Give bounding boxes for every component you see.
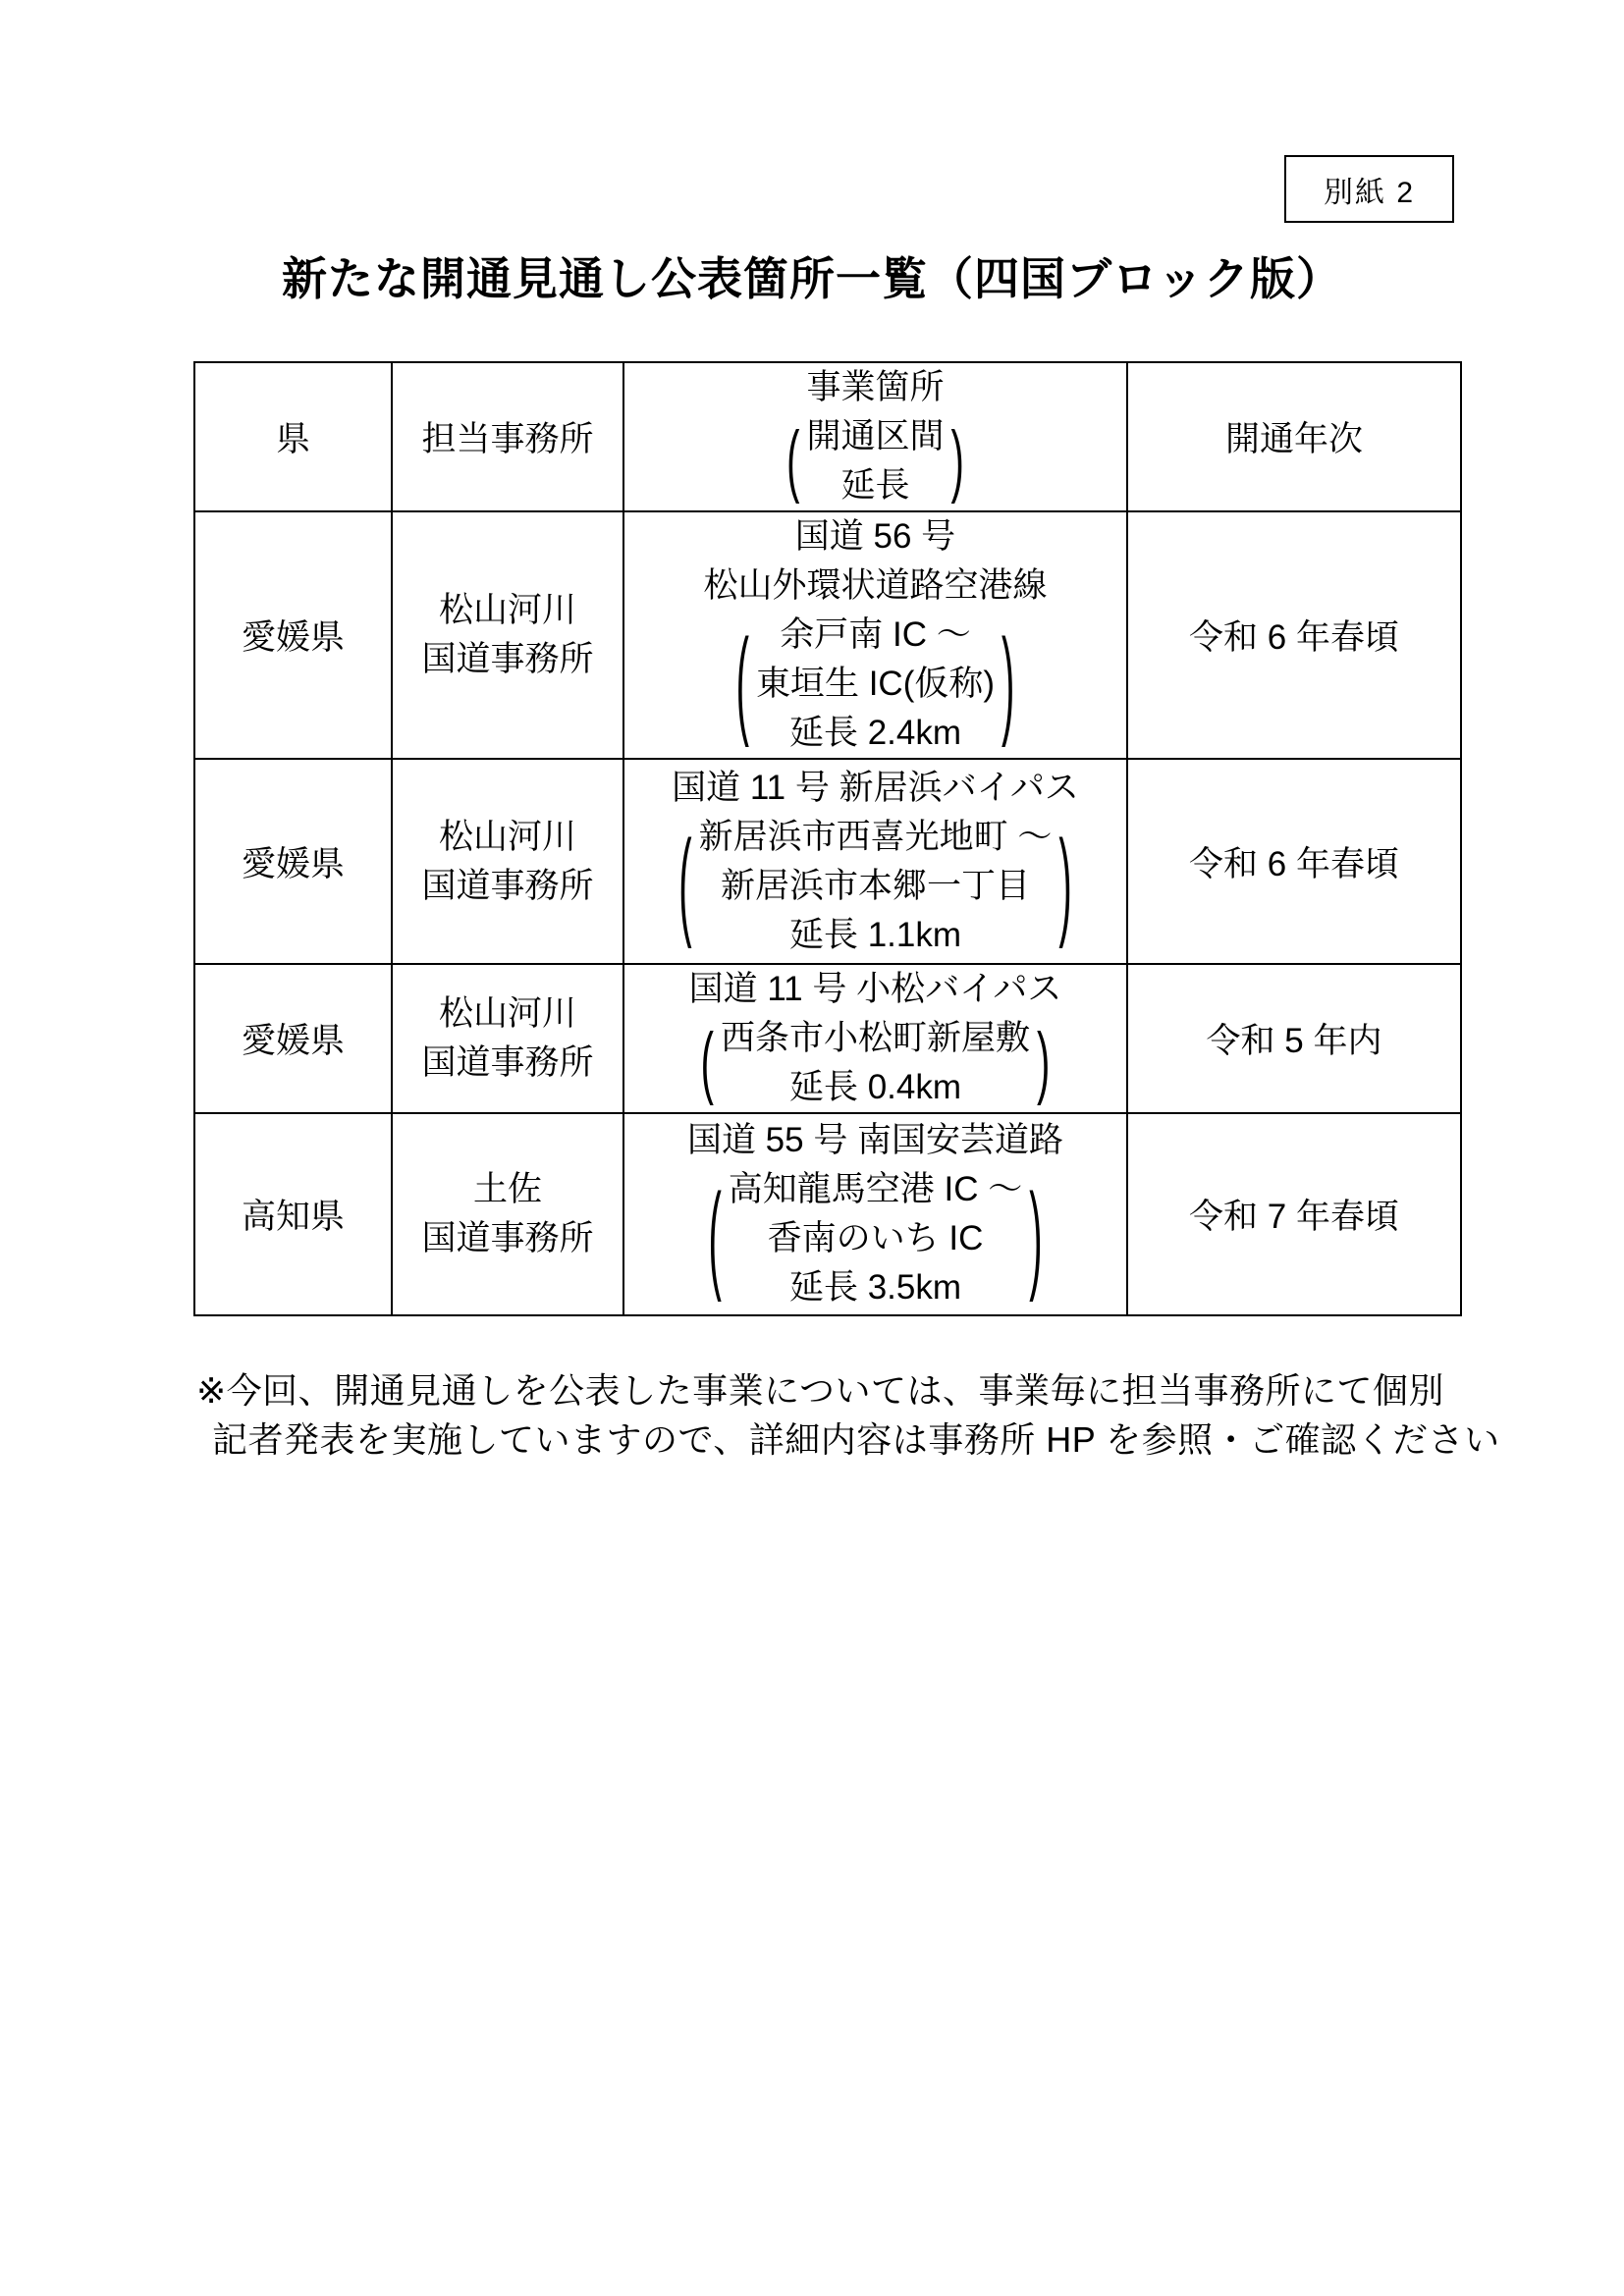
footnote: ※今回、開通見通しを公表した事業については、事業毎に担当事務所にて個別 記者発表… [196,1366,1473,1465]
project-detail-line: 延長 2.4km [756,709,995,758]
project-detail-line: 新居浜市本郷一丁目 [699,862,1053,911]
pref-cell: 愛媛県 [194,964,392,1113]
footnote-line-1: ※今回、開通見通しを公表した事業については、事業毎に担当事務所にて個別 [196,1366,1473,1415]
paren-open-glyph: ( [672,819,698,953]
project-detail-line: 東垣生 IC(仮称) [756,660,995,709]
project-title-line: 国道 55 号 南国安芸道路 [624,1116,1126,1165]
year-cell: 令和 5 年内 [1127,964,1461,1113]
office-line: 松山河川 [393,813,623,862]
project-detail-line: 延長 3.5km [729,1263,1022,1312]
header-cell-year: 開通年次 [1127,362,1461,511]
attachment-tag-label: 別紙 2 [1324,168,1415,211]
project-detail-line: 延長 0.4km [721,1063,1030,1112]
pref-cell: 愛媛県 [194,511,392,759]
project-detail-group: ( 新居浜市西喜光地町 ～ 新居浜市本郷一丁目 延長 1.1km ) [624,813,1126,960]
office-line: 国道事務所 [393,862,623,911]
project-detail-group: ( 高知龍馬空港 IC ～ 香南のいち IC 延長 3.5km ) [624,1165,1126,1312]
paren-open-glyph: ( [730,616,756,751]
header-project-paren-group: ( 開通区間 延長 ) [624,412,1126,510]
project-detail-group: ( 余戸南 IC ～ 東垣生 IC(仮称) 延長 2.4km ) [624,611,1126,758]
header-project-paren-line: 延長 [806,461,944,510]
page-title: 新たな開通見通し公表箇所一覧（四国ブロック版） [0,243,1624,308]
paren-close-glyph: ) [945,416,971,507]
year-cell: 令和 6 年春頃 [1127,511,1461,759]
header-project-line: 事業箇所 [624,363,1126,412]
project-cell: 国道 56 号 松山外環状道路空港線 ( 余戸南 IC ～ 東垣生 IC(仮称)… [623,511,1127,759]
office-line: 国道事務所 [393,1039,623,1088]
header-cell-project: 事業箇所 ( 開通区間 延長 ) [623,362,1127,511]
office-cell: 松山河川 国道事務所 [392,511,623,759]
header-cell-office: 担当事務所 [392,362,623,511]
pref-cell: 愛媛県 [194,759,392,964]
table-row: 愛媛県 松山河川 国道事務所 国道 11 号 小松バイパス ( 西条市小松町新屋… [194,964,1461,1113]
project-detail-line: 高知龍馬空港 IC ～ [729,1165,1022,1214]
pref-cell: 高知県 [194,1113,392,1315]
office-line: 国道事務所 [393,1214,623,1263]
project-title-line: 国道 11 号 小松バイパス [624,965,1126,1014]
project-detail-group: ( 西条市小松町新屋敷 延長 0.4km ) [624,1014,1126,1112]
office-line: 国道事務所 [393,635,623,684]
table-row: 愛媛県 松山河川 国道事務所 国道 56 号 松山外環状道路空港線 ( 余戸南 … [194,511,1461,759]
footnote-line-2: 記者発表を実施していますので、詳細内容は事務所 HP を参照・ご確認ください [196,1415,1473,1465]
table-header-row: 県 担当事務所 事業箇所 ( 開通区間 延長 ) 開通年次 [194,362,1461,511]
year-cell: 令和 7 年春頃 [1127,1113,1461,1315]
attachment-tag-box: 別紙 2 [1284,155,1454,223]
project-cell: 国道 55 号 南国安芸道路 ( 高知龍馬空港 IC ～ 香南のいち IC 延長… [623,1113,1127,1315]
office-cell: 松山河川 国道事務所 [392,964,623,1113]
office-line: 土佐 [393,1165,623,1214]
paren-open-glyph: ( [701,1171,728,1306]
table-row: 愛媛県 松山河川 国道事務所 国道 11 号 新居浜バイパス ( 新居浜市西喜光… [194,759,1461,964]
office-line: 松山河川 [393,586,623,635]
opening-forecast-table: 県 担当事務所 事業箇所 ( 開通区間 延長 ) 開通年次 愛媛県 松山河川 [193,361,1462,1316]
header-project-paren-line: 開通区間 [806,412,944,461]
project-title-line: 国道 56 号 [624,512,1126,561]
paren-close-glyph: ) [995,616,1021,751]
project-cell: 国道 11 号 新居浜バイパス ( 新居浜市西喜光地町 ～ 新居浜市本郷一丁目 … [623,759,1127,964]
table-row: 高知県 土佐 国道事務所 国道 55 号 南国安芸道路 ( 高知龍馬空港 IC … [194,1113,1461,1315]
year-cell: 令和 6 年春頃 [1127,759,1461,964]
office-cell: 松山河川 国道事務所 [392,759,623,964]
project-cell: 国道 11 号 小松バイパス ( 西条市小松町新屋敷 延長 0.4km ) [623,964,1127,1113]
paren-close-glyph: ) [1030,1018,1056,1108]
project-detail-line: 余戸南 IC ～ [756,611,995,660]
paren-close-glyph: ) [1052,819,1078,953]
office-line: 松山河川 [393,989,623,1039]
paren-close-glyph: ) [1022,1171,1049,1306]
project-title-line: 国道 11 号 新居浜バイパス [624,764,1126,813]
project-detail-line: 延長 1.1km [699,911,1053,960]
paren-open-glyph: ( [694,1018,721,1108]
paren-open-glyph: ( [780,416,806,507]
office-cell: 土佐 国道事務所 [392,1113,623,1315]
project-title-line: 松山外環状道路空港線 [624,561,1126,611]
project-detail-line: 西条市小松町新屋敷 [721,1014,1030,1063]
project-detail-line: 香南のいち IC [729,1214,1022,1263]
project-detail-line: 新居浜市西喜光地町 ～ [699,813,1053,862]
header-cell-pref: 県 [194,362,392,511]
